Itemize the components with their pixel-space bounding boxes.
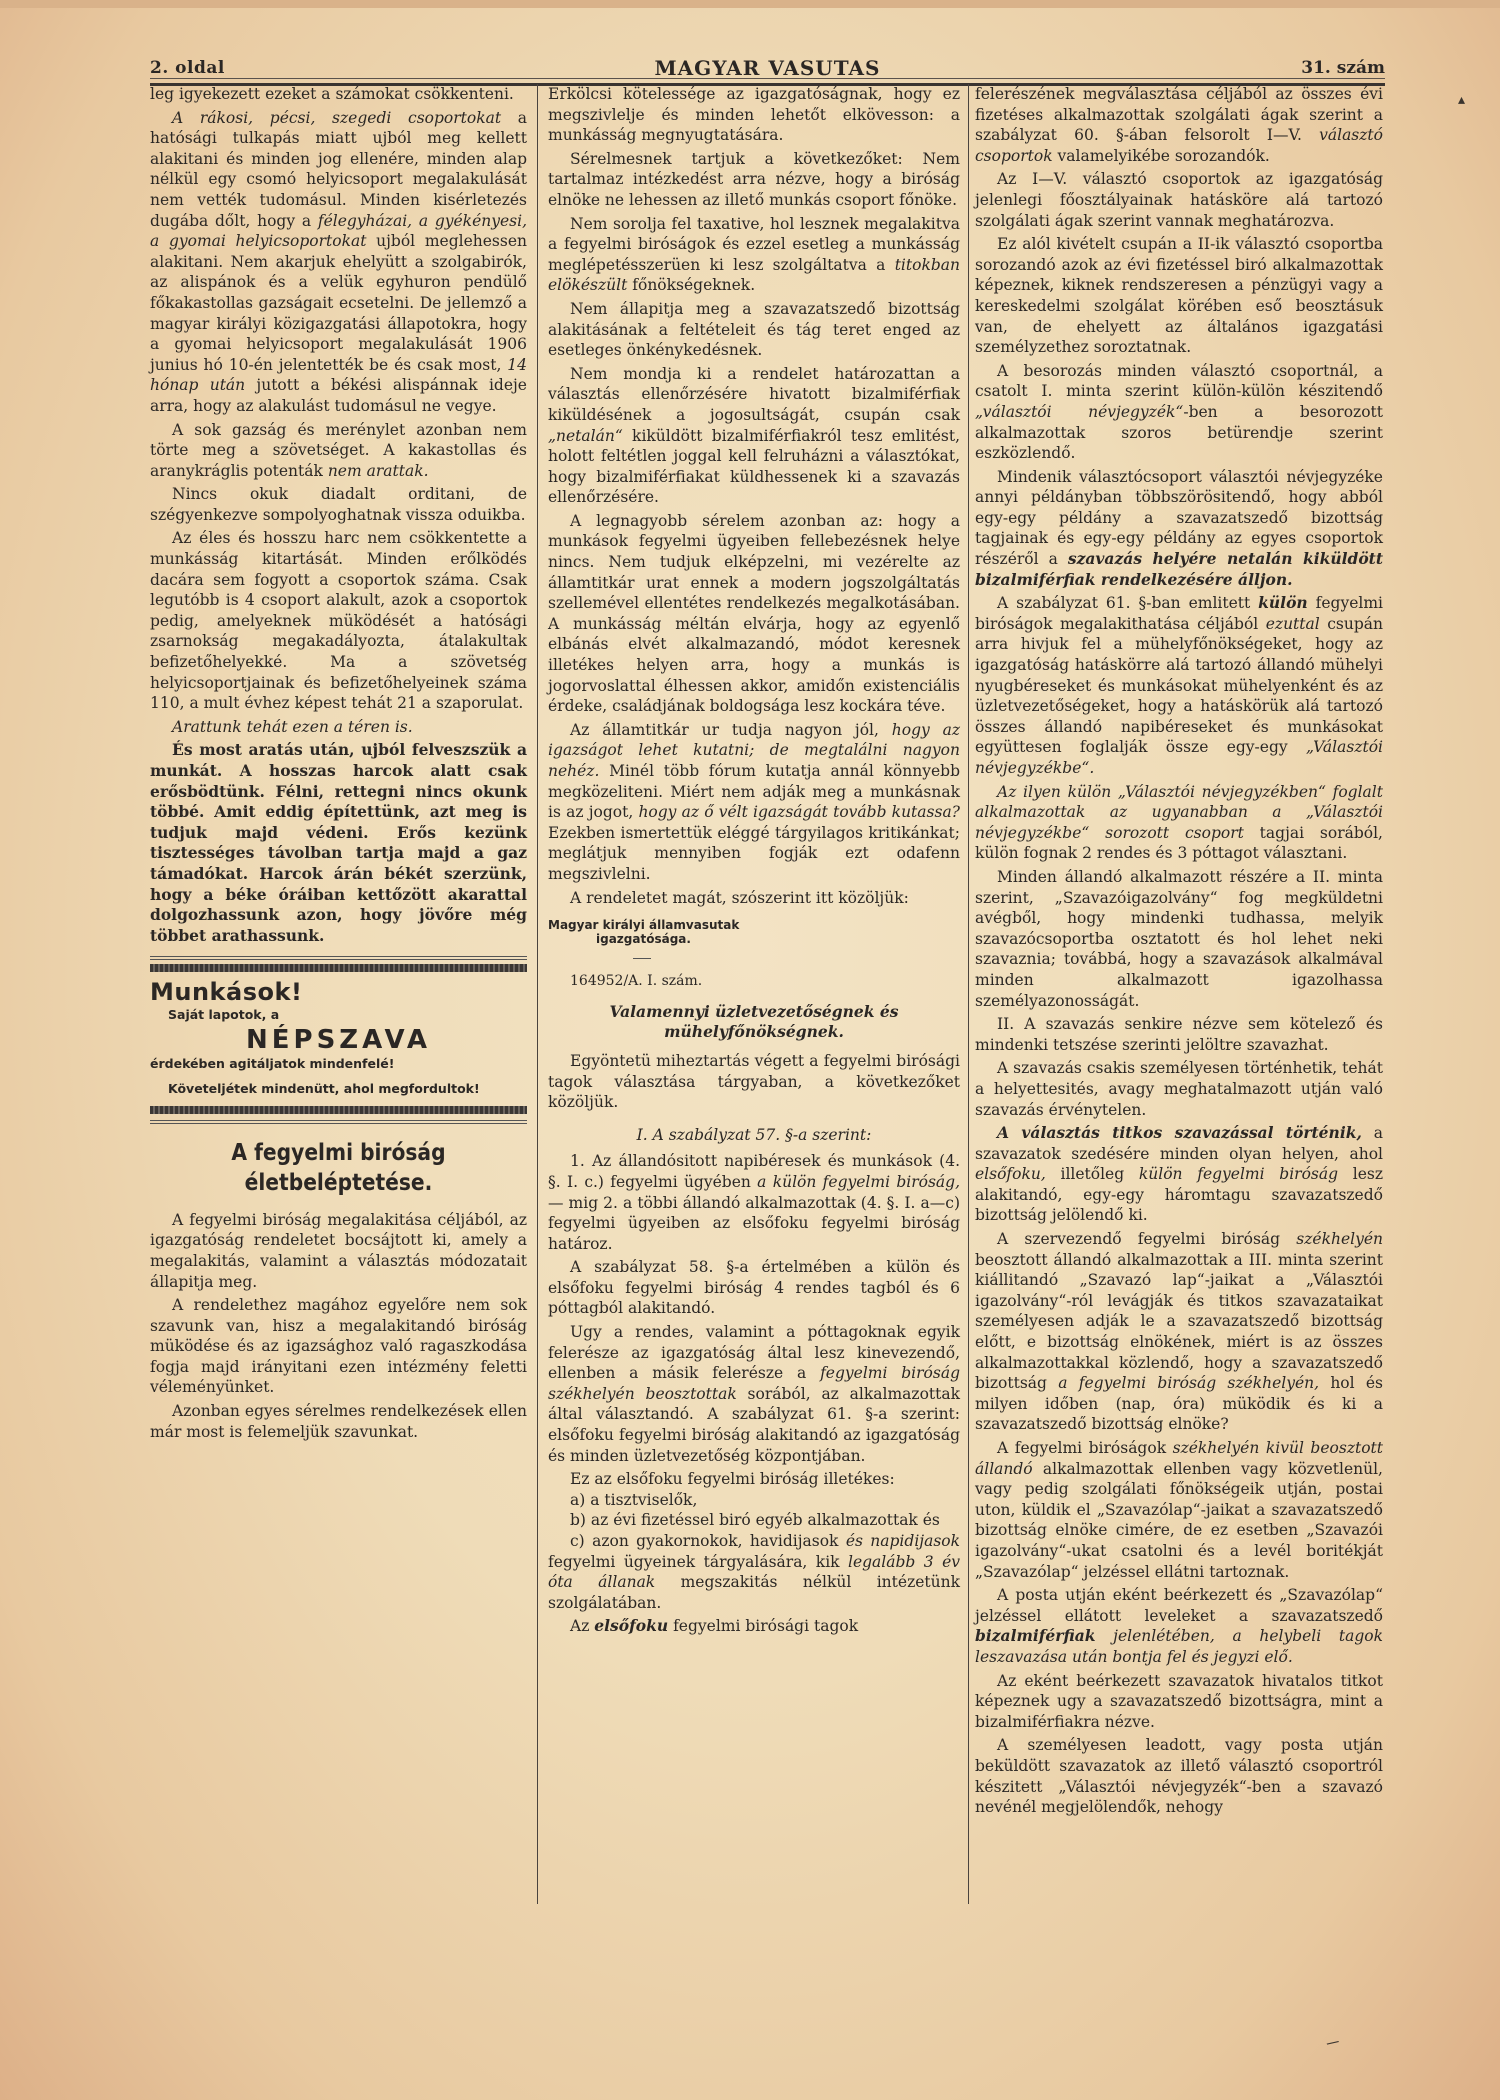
ad-line: érdekében agitáljatok mindenfelé!	[150, 1054, 527, 1075]
divider	[633, 958, 651, 959]
section-heading: I. A szabályzat 57. §-a szerint:	[548, 1125, 960, 1146]
paragraph: Ugy a rendes, valamint a póttagoknak egy…	[548, 1322, 960, 1466]
paragraph: Nem mondja ki a rendelet határozattan a …	[548, 364, 960, 508]
paragraph: A rendelethez magához egyelőre nem sok s…	[150, 1295, 527, 1398]
header-rule-thin	[150, 78, 1385, 79]
paragraph: A választás titkos szavazással történik,…	[975, 1123, 1383, 1226]
paragraph: És most aratás után, ujból felveszszük a…	[150, 740, 527, 946]
decree-number: 164952/A. I. szám.	[548, 971, 960, 992]
column-middle: Erkölcsi kötelessége az igazgatóságnak, …	[548, 84, 960, 1640]
paragraph: Minden állandó alkalmazott részére a II.…	[975, 867, 1383, 1011]
paragraph: Az eként beérkezett szavazatok hivatalos…	[975, 1671, 1383, 1733]
divider	[150, 1123, 527, 1124]
paragraph: Arattunk tehát ezen a téren is.	[150, 717, 527, 738]
article-title: A fegyelmi biróság életbeléptetése.	[173, 1138, 505, 1198]
paragraph: Egyöntetü miheztartás végett a fegyelmi …	[548, 1051, 960, 1113]
paragraph: Az elsőfoku fegyelmi birósági tagok	[548, 1616, 960, 1637]
hatched-divider	[150, 1106, 527, 1114]
ad-headline: Munkások!	[150, 982, 527, 1003]
paragraph: Az éles és hosszu harc nem csökkentette …	[150, 528, 527, 713]
ad-line: Saját lapotok, a	[168, 1005, 527, 1026]
divider	[150, 959, 527, 960]
paragraph: A személyesen leadott, vagy posta utján …	[975, 1735, 1383, 1817]
paragraph: A szabályzat 61. §-ban emlitett külön fe…	[975, 593, 1383, 778]
paragraph: Sérelmesnek tartjuk a következőket: Nem …	[548, 149, 960, 211]
paragraph: Ez az elsőfoku fegyelmi biróság illetéke…	[548, 1469, 960, 1490]
hatched-divider	[150, 964, 527, 972]
decree-addressee: Valamennyi üzletvezetőségnek és mühelyfő…	[548, 1002, 960, 1043]
paragraph: A szavazás csakis személyesen történheti…	[975, 1058, 1383, 1120]
paragraph: Nem állapitja meg a szavazatszedő bizott…	[548, 299, 960, 361]
paragraph: A rákosi, pécsi, szegedi csoportokat a h…	[150, 108, 527, 417]
ad-line: Követeljétek mindenütt, ahol megfordulto…	[150, 1081, 527, 1096]
list-item: c) azon gyakornokok, havidijasok és napi…	[548, 1531, 960, 1613]
scan-top-edge	[0, 0, 1500, 8]
divider	[150, 956, 527, 957]
paragraph: A fegyelmi biróság megalakitása céljából…	[150, 1210, 527, 1292]
paragraph: A fegyelmi biróságok székhelyén kivül be…	[975, 1438, 1383, 1582]
paragraph: Erkölcsi kötelessége az igazgatóságnak, …	[548, 84, 960, 146]
paragraph: A besorozás minden választó csoportnál, …	[975, 361, 1383, 464]
paragraph: Nincs okuk diadalt orditani, de szégyenk…	[150, 484, 527, 525]
list-item: b) az évi fizetéssel biró egyéb alkalmaz…	[548, 1510, 960, 1531]
list-item: a) a tisztviselők,	[548, 1490, 960, 1511]
scan-speck: ▴	[1458, 92, 1465, 108]
newspaper-title: MAGYAR VASUTAS	[150, 56, 1385, 80]
paragraph: II. A szavazás senkire nézve sem kötelez…	[975, 1014, 1383, 1055]
paragraph: Ez alól kivételt csupán a II-ik választó…	[975, 234, 1383, 358]
paragraph: A posta utján eként beérkezett és „Szava…	[975, 1585, 1383, 1667]
ad-paper-name: NÉPSZAVA	[150, 1030, 527, 1051]
paragraph: Az I—V. választó csoportok az igazgatósá…	[975, 169, 1383, 231]
decree-issuer: Magyar királyi államvasutak igazgatósága…	[548, 918, 960, 946]
nepszava-advertisement: Munkások! Saját lapotok, a NÉPSZAVA érde…	[150, 956, 527, 1123]
scan-speck: /	[1324, 2037, 1340, 2049]
paragraph: A sok gazság és merénylet azonban nem tö…	[150, 420, 527, 482]
paragraph: Mindenik választócsoport választói névje…	[975, 467, 1383, 591]
paragraph: A szervezendő fegyelmi biróság székhelyé…	[975, 1229, 1383, 1435]
column-right: felerészének megválasztása céljából az ö…	[975, 84, 1383, 1821]
paragraph: 1. Az állandósitott napibéresek és munká…	[548, 1151, 960, 1254]
paragraph: A szabályzat 58. §-a értelmében a külön …	[548, 1257, 960, 1319]
paragraph: felerészének megválasztása céljából az ö…	[975, 84, 1383, 166]
divider	[150, 1120, 527, 1121]
issue-number: 31. szám	[1301, 58, 1385, 78]
paragraph: Nem sorolja fel taxative, hol lesznek me…	[548, 214, 960, 296]
paragraph: A rendeletet magát, szószerint itt közöl…	[548, 888, 960, 909]
paragraph: Azonban egyes sérelmes rendelkezések ell…	[150, 1401, 527, 1442]
column-left: leg igyekezett ezeket a számokat csökken…	[150, 84, 527, 1445]
column-divider-right	[968, 84, 969, 1904]
column-divider-left	[537, 84, 538, 1904]
page-header: 2. oldal MAGYAR VASUTAS 31. szám	[150, 58, 1385, 80]
paragraph: leg igyekezett ezeket a számokat csökken…	[150, 84, 527, 105]
paragraph: Az ilyen külön „Választói névjegyzékben“…	[975, 782, 1383, 864]
paragraph: Az államtitkár ur tudja nagyon jól, hogy…	[548, 720, 960, 885]
paragraph: A legnagyobb sérelem azonban az: hogy a …	[548, 511, 960, 717]
